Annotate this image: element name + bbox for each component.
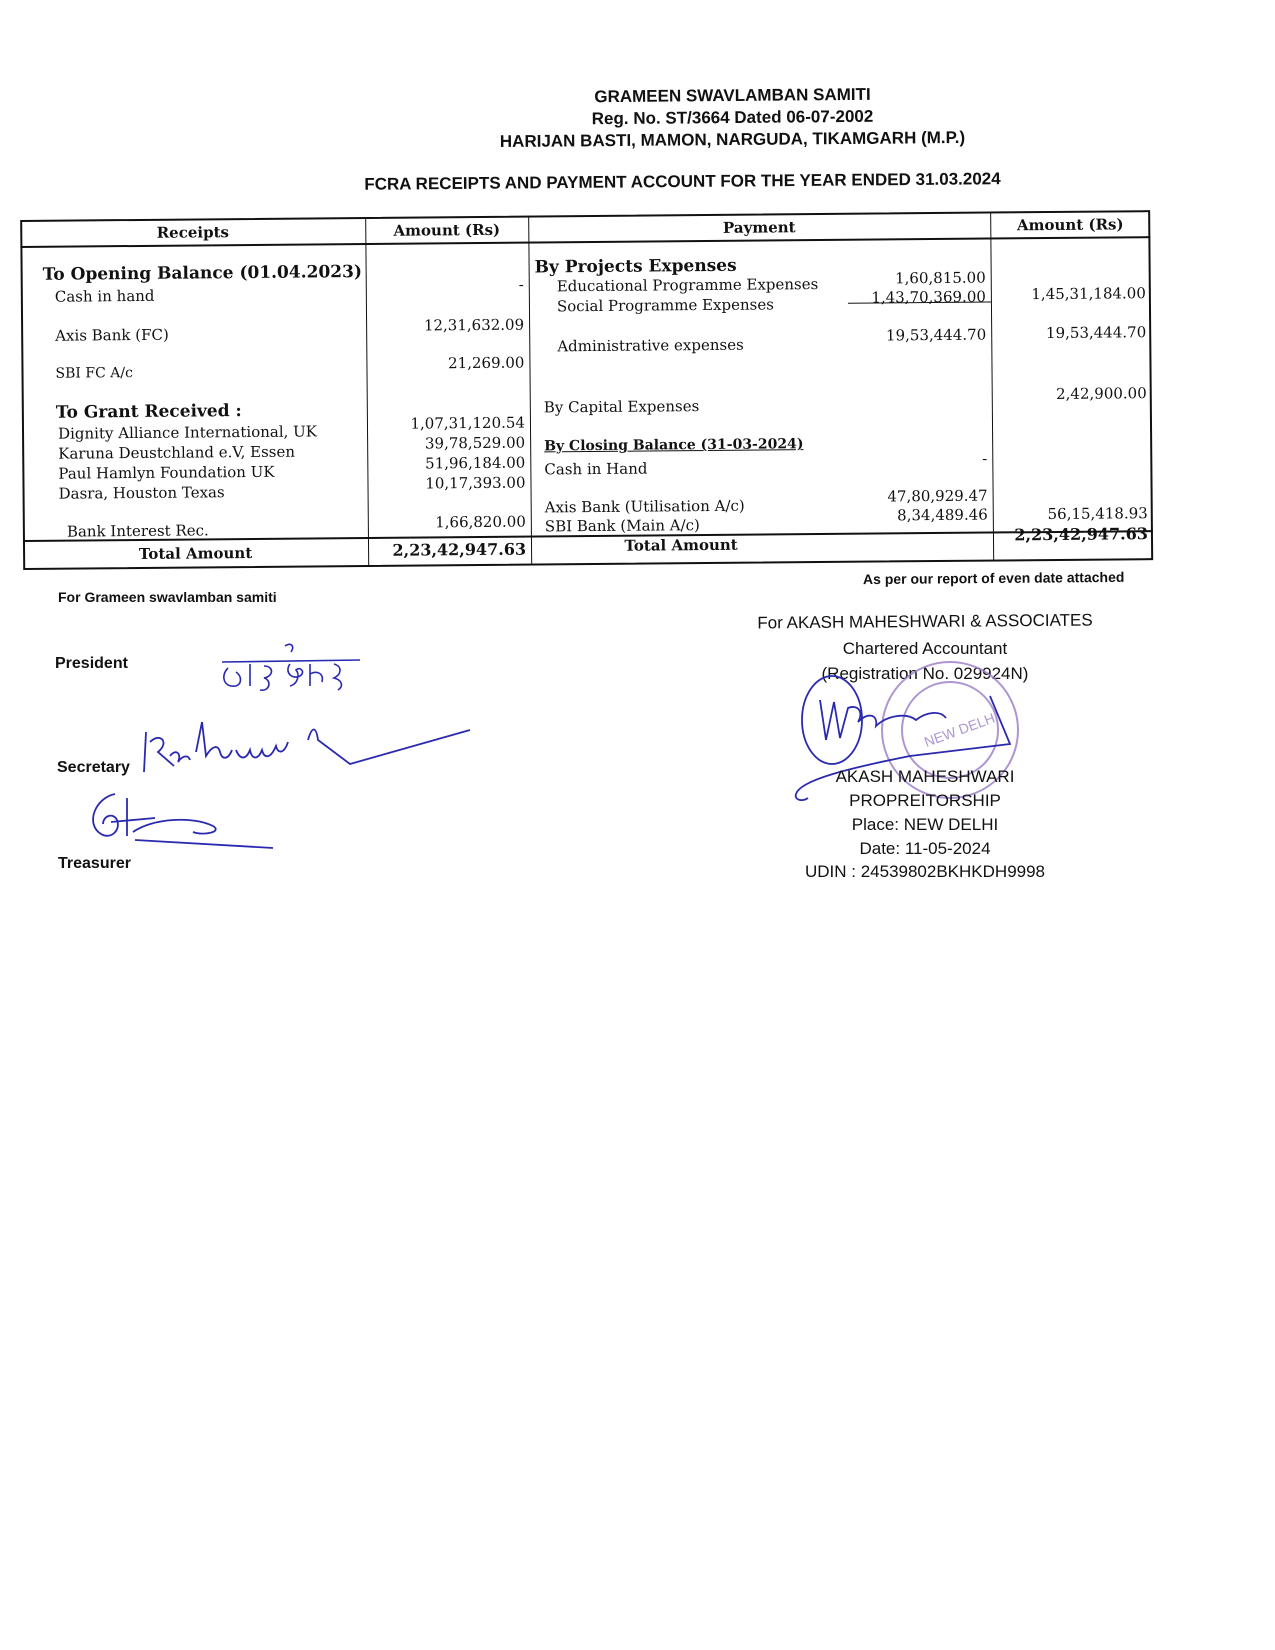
- grant-amount: 51,96,184.00: [367, 454, 525, 473]
- grant-label: Dasra, Houston Texas: [58, 483, 224, 502]
- closing-label: Axis Bank (Utilisation A/c): [545, 497, 745, 517]
- payments-total-amount: 2,23,42,947.63: [993, 524, 1148, 544]
- payments-total-label: Total Amount: [531, 535, 831, 556]
- interest-label: Bank Interest Rec.: [67, 521, 209, 540]
- grant-label: Dignity Alliance International, UK: [58, 422, 317, 442]
- interest-amount: 1,66,820.00: [368, 513, 526, 532]
- auditor-name: AKASH MAHESHWARI: [700, 767, 1150, 787]
- projects-expenses-heading: By Projects Expenses: [535, 256, 737, 278]
- admin-amount: 19,53,444.70: [801, 326, 986, 346]
- grant-amount: 1,07,31,120.54: [367, 414, 525, 433]
- payment-label: Social Programme Expenses: [557, 295, 774, 315]
- closing-label: SBI Bank (Main A/c): [545, 516, 700, 535]
- receipts-total-amount: 2,23,42,947.63: [368, 540, 526, 560]
- grant-label: Paul Hamlyn Foundation UK: [58, 463, 274, 483]
- receipts-payments-table: Receipts Amount (Rs) Payment Amount (Rs)…: [20, 190, 1153, 570]
- auditor-firm-type: PROPREITORSHIP: [700, 791, 1150, 811]
- closing-total: 56,15,418.93: [993, 504, 1148, 523]
- auditor-signature-icon: [790, 670, 1050, 810]
- payment-amount: 1,60,815.00: [801, 269, 986, 289]
- capital-label: By Capital Expenses: [544, 397, 700, 416]
- auditor-designation: Chartered Accountant: [700, 639, 1150, 659]
- auditor-udin: UDIN : 24539802BKHKDH9998: [700, 862, 1150, 882]
- col-header-receipts: Receipts: [20, 222, 365, 243]
- closing-amount: 8,34,489.46: [803, 506, 988, 526]
- receipt-amount: -: [366, 276, 524, 295]
- treasurer-signature-icon: [85, 792, 285, 862]
- receipt-amount: 12,31,632.09: [366, 316, 524, 335]
- secretary-signature-icon: [140, 712, 480, 787]
- admin-total: 19,53,444.70: [991, 323, 1146, 342]
- closing-amount: -: [802, 450, 987, 470]
- payment-amount: 1,43,70,369.00: [801, 288, 986, 308]
- closing-label: Cash in Hand: [544, 460, 647, 479]
- president-signature-icon: [210, 640, 390, 700]
- auditor-place: Place: NEW DELHI: [700, 815, 1150, 835]
- auditor-firm: For AKASH MAHESHWARI & ASSOCIATES: [700, 610, 1150, 634]
- receipts-total-label: Total Amount: [23, 543, 368, 564]
- grant-amount: 10,17,393.00: [367, 474, 525, 493]
- receipt-amount: 21,269.00: [366, 354, 524, 373]
- admin-label: Administrative expenses: [557, 336, 744, 356]
- projects-total: 1,45,31,184.00: [991, 284, 1146, 303]
- secretary-label: Secretary: [57, 759, 130, 777]
- opening-balance-heading: To Opening Balance (01.04.2023): [43, 262, 362, 285]
- receipt-label: Axis Bank (FC): [55, 326, 169, 345]
- president-label: President: [55, 655, 128, 673]
- receipt-label: Cash in hand: [55, 287, 155, 306]
- col-header-payment-amount: Amount (Rs): [990, 215, 1150, 234]
- grant-label: Karuna Deustchland e.V, Essen: [58, 443, 295, 463]
- col-header-receipts-amount: Amount (Rs): [365, 221, 528, 240]
- for-organization-label: For Grameen swavlamban samiti: [58, 589, 277, 605]
- closing-amount: 47,80,929.47: [803, 487, 988, 507]
- auditor-date: Date: 11-05-2024: [700, 839, 1150, 859]
- payment-label: Educational Programme Expenses: [557, 275, 819, 295]
- grant-received-heading: To Grant Received :: [56, 401, 242, 423]
- report-note: As per our report of even date attached: [863, 569, 1125, 587]
- closing-balance-heading: By Closing Balance (31-03-2024): [544, 436, 803, 454]
- grant-amount: 39,78,529.00: [367, 434, 525, 453]
- receipt-label: SBI FC A/c: [55, 365, 133, 382]
- capital-total: 2,42,900.00: [992, 384, 1147, 403]
